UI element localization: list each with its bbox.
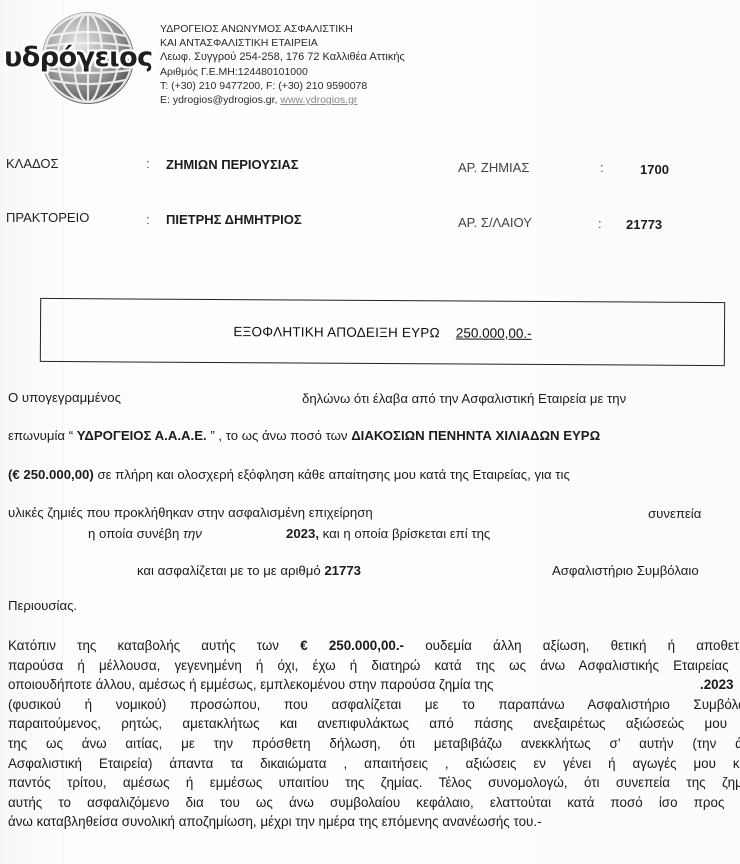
scanned-document-page: υδρόγειος ΥΔΡΟΓΕΙΟΣ ΑΝΩΝΥΜΟΣ ΑΣΦΑΛΙΣΤΙΚΗ… [0, 0, 740, 864]
receipt-amount: 250.000,00.- [456, 325, 532, 340]
insurer-name: ΥΔΡΟΓΕΙΟΣ Α.Α.Α.Ε. [77, 428, 211, 443]
body-line-6: και ασφαλίζεται με το με αριθμό 21773 [137, 563, 361, 578]
company-name-line-2: ΚΑΙ ΑΝΤΑΣΦΑΛΙΣΤΙΚΗ ΕΤΑΙΡΕΙΑ [160, 36, 405, 50]
paragraph-line: άνω καταβληθείσα συνολική αποζημίωση, μέ… [0, 812, 740, 832]
incident-year: 2023, [286, 526, 319, 541]
paragraph-line: παρούσα ή μέλλουσα, γεγενημένη ή όχι, έχ… [0, 656, 740, 676]
paragraph-line: παραιτούμενος, ρητώς, αμετακλήτως και αν… [0, 714, 740, 734]
incident-year-ref: .2023 [700, 675, 734, 695]
paid-amount: € 250.000,00.- [300, 638, 404, 653]
amount-in-words: ΔΙΑΚΟΣΙΩΝ ΠΕΝΗΝΤΑ ΧΙΛΙΑΔΩΝ ΕΥΡΩ [351, 428, 600, 443]
paragraph-line: (φυσικού ή νομικού) προσώπου, που ασφαλί… [0, 695, 740, 715]
branch-label: ΚΛΑΔΟΣ [6, 156, 59, 171]
paragraph-line: οποιουδήποτε άλλου, αμέσως ή εμμέσως, εμ… [0, 675, 740, 695]
body-declaration-text: δηλώνω ότι έλαβα από την Ασφαλιστική Ετα… [302, 391, 626, 406]
company-logo: υδρόγειος [4, 12, 154, 104]
body-line-2: επωνυμία “ ΥΔΡΟΓΕΙΟΣ Α.Α.Α.Ε. ” , το ως … [8, 428, 600, 443]
policy-number-value: 21773 [626, 217, 662, 232]
policy-number-colon: : [598, 216, 602, 231]
waiver-paragraph: Κατόπιν της καταβολής αυτής των € 250.00… [0, 636, 740, 832]
agency-value: ΠΙΕΤΡΗΣ ΔΗΜΗΤΡΙΟΣ [166, 212, 302, 227]
branch-value: ΖΗΜΙΩΝ ΠΕΡΙΟΥΣΙΑΣ [166, 157, 299, 172]
company-email: E: ydrogios@ydrogios.gr, [160, 94, 280, 106]
paragraph-line: αυτής το ασφαλιζόμενο δια του ως άνω συμ… [0, 793, 740, 813]
paragraph-line: Ασφαλιστική Εταιρεία) άπαντα τα δικαιώμα… [0, 754, 740, 774]
company-website-link[interactable]: www.ydrogios.gr [280, 94, 357, 106]
receipt-title-box: ΕΞΟΦΛΗΤΙΚΗ ΑΠΟΔΕΙΞΗ ΕΥΡΩ 250.000,00.- [40, 298, 725, 366]
claim-number-value: 1700 [640, 162, 669, 177]
body-line-5-year: 2023, και η οποία βρίσκεται επί της [286, 526, 490, 541]
agency-label: ΠΡΑΚΤΟΡΕΙΟ [6, 210, 89, 225]
claim-number-label: ΑΡ. ΖΗΜΙΑΣ [458, 160, 529, 175]
paragraph-line: Κατόπιν της καταβολής αυτής των € 250.00… [0, 636, 740, 656]
body-line-4: υλικές ζημιές που προκλήθηκαν στην ασφαλ… [8, 505, 373, 520]
amount-in-figures: (€ 250.000,00) [8, 467, 94, 482]
paragraph-line: παντός τρίτου, αμέσως ή εμμέσως υπαιτίου… [0, 773, 740, 793]
policy-number-label: ΑΡ. Σ/ΛΑΙΟΥ [458, 215, 532, 230]
body-signatory-text: Ο υπογεγραμμένος [8, 390, 121, 405]
claim-number-colon: : [600, 160, 604, 175]
body-line-4-end: συνεπεία [648, 506, 701, 521]
body-line-6-end: Ασφαλιστήριο Συμβόλαιο [552, 563, 699, 578]
company-address: Λεωφ. Συγγρού 254-258, 176 72 Καλλιθέα Α… [160, 50, 405, 64]
body-line-5: η οποία συνέβη την [88, 526, 202, 541]
company-contact-line: E: ydrogios@ydrogios.gr, www.ydrogios.gr [160, 93, 405, 107]
paragraph-line: της ως άνω αιτίας, με την πρόσθετη δήλωσ… [0, 734, 740, 754]
receipt-title: ΕΞΟΦΛΗΤΙΚΗ ΑΠΟΔΕΙΞΗ ΕΥΡΩ [233, 324, 440, 340]
company-phone-fax: T: (+30) 210 9477200, F: (+30) 210 95900… [160, 79, 405, 93]
logo-wordmark: υδρόγειος [4, 42, 153, 73]
company-details: ΥΔΡΟΓΕΙΟΣ ΑΝΩΝΥΜΟΣ ΑΣΦΑΛΙΣΤΙΚΗ ΚΑΙ ΑΝΤΑΣ… [160, 22, 405, 107]
company-name-line-1: ΥΔΡΟΓΕΙΟΣ ΑΝΩΝΥΜΟΣ ΑΣΦΑΛΙΣΤΙΚΗ [160, 22, 405, 36]
branch-colon: : [146, 156, 150, 171]
company-registry-number: Αριθμός Γ.Ε.ΜΗ:124480101000 [160, 65, 405, 79]
body-line-3: (€ 250.000,00) σε πλήρη και ολοσχερή εξό… [8, 467, 570, 482]
policy-number-inline: 21773 [324, 563, 361, 578]
body-line-7: Περιουσίας. [8, 598, 77, 613]
agency-colon: : [146, 212, 150, 227]
